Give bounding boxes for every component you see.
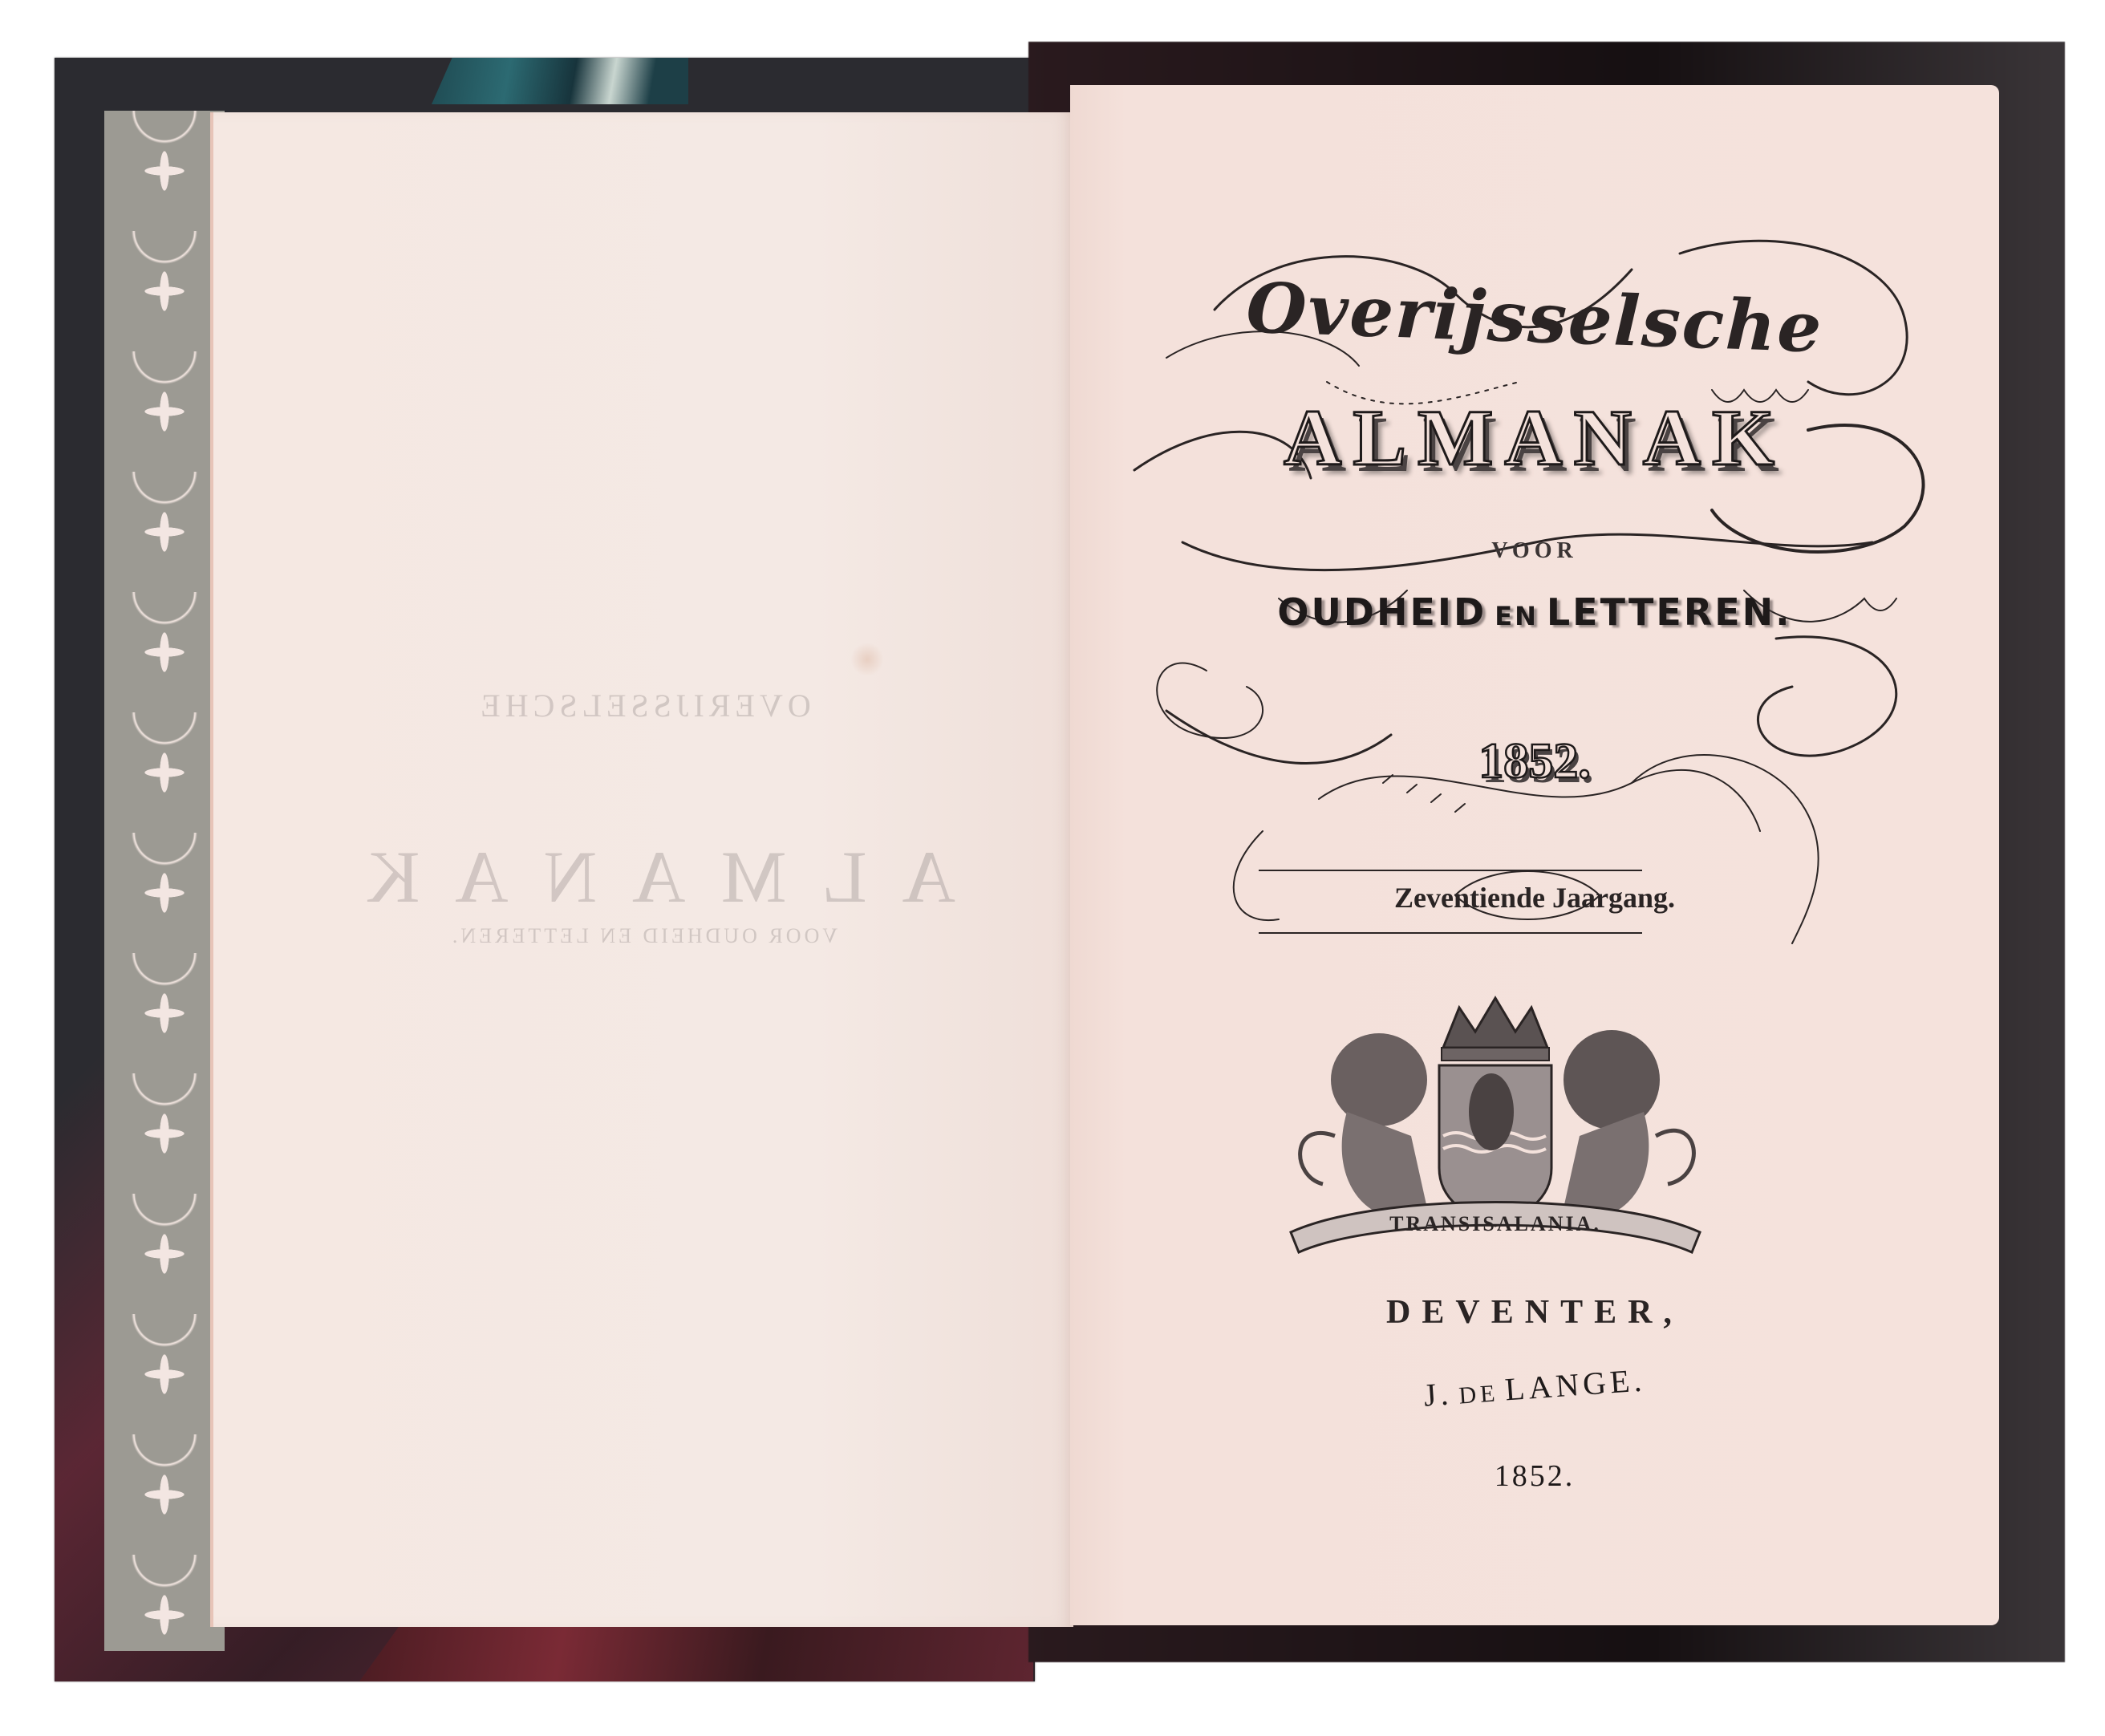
bleed-through-line-3: VOOR OUDHEID EN LETTEREN. bbox=[213, 924, 1073, 948]
imprint-publisher: J.DELANGE. bbox=[1070, 1336, 1999, 1439]
publisher-de: DE bbox=[1458, 1380, 1499, 1409]
bleed-through-line-1: OVERIJSSELSCHE bbox=[213, 687, 1073, 724]
title-page: Overijsselsche ALMANAK VOOR OUDHEIDENLET… bbox=[1070, 85, 1999, 1625]
publisher-initial: J. bbox=[1422, 1375, 1454, 1413]
title-display: ALMANAK bbox=[1070, 391, 1999, 484]
imprint-year: 1852. bbox=[1070, 1458, 1999, 1494]
title-script: Overijsselsche bbox=[1069, 262, 2001, 375]
title-year: 1852. bbox=[1070, 733, 1999, 790]
volume-label: Zeventiende Jaargang. bbox=[1070, 881, 1999, 915]
divider-bottom bbox=[1259, 932, 1642, 934]
imprint-place: DEVENTER, bbox=[1070, 1293, 1999, 1332]
subtitle-letteren: LETTEREN. bbox=[1547, 590, 1792, 634]
coat-of-arms-icon: TRANSISALANIA. bbox=[1259, 992, 1732, 1256]
title-voor: VOOR bbox=[1070, 538, 1999, 564]
subtitle: OUDHEIDENLETTEREN. bbox=[1070, 590, 1999, 634]
publisher-name: LANGE. bbox=[1504, 1361, 1647, 1407]
left-page: OVERIJSSELSCHE ALMANAK VOOR OUDHEID EN L… bbox=[210, 112, 1073, 1627]
subtitle-oudheid: OUDHEID bbox=[1277, 590, 1486, 634]
bleed-through-line-2: ALMANAK bbox=[213, 834, 1073, 919]
foxing-stain bbox=[851, 642, 883, 677]
crest-motto: TRANSISALANIA. bbox=[1389, 1212, 1601, 1235]
endpaper-strip bbox=[104, 111, 225, 1651]
divider-top bbox=[1259, 870, 1642, 871]
marbled-board-top bbox=[432, 58, 688, 104]
marbled-board-bottom bbox=[359, 1625, 1033, 1681]
subtitle-en: EN bbox=[1495, 601, 1539, 631]
